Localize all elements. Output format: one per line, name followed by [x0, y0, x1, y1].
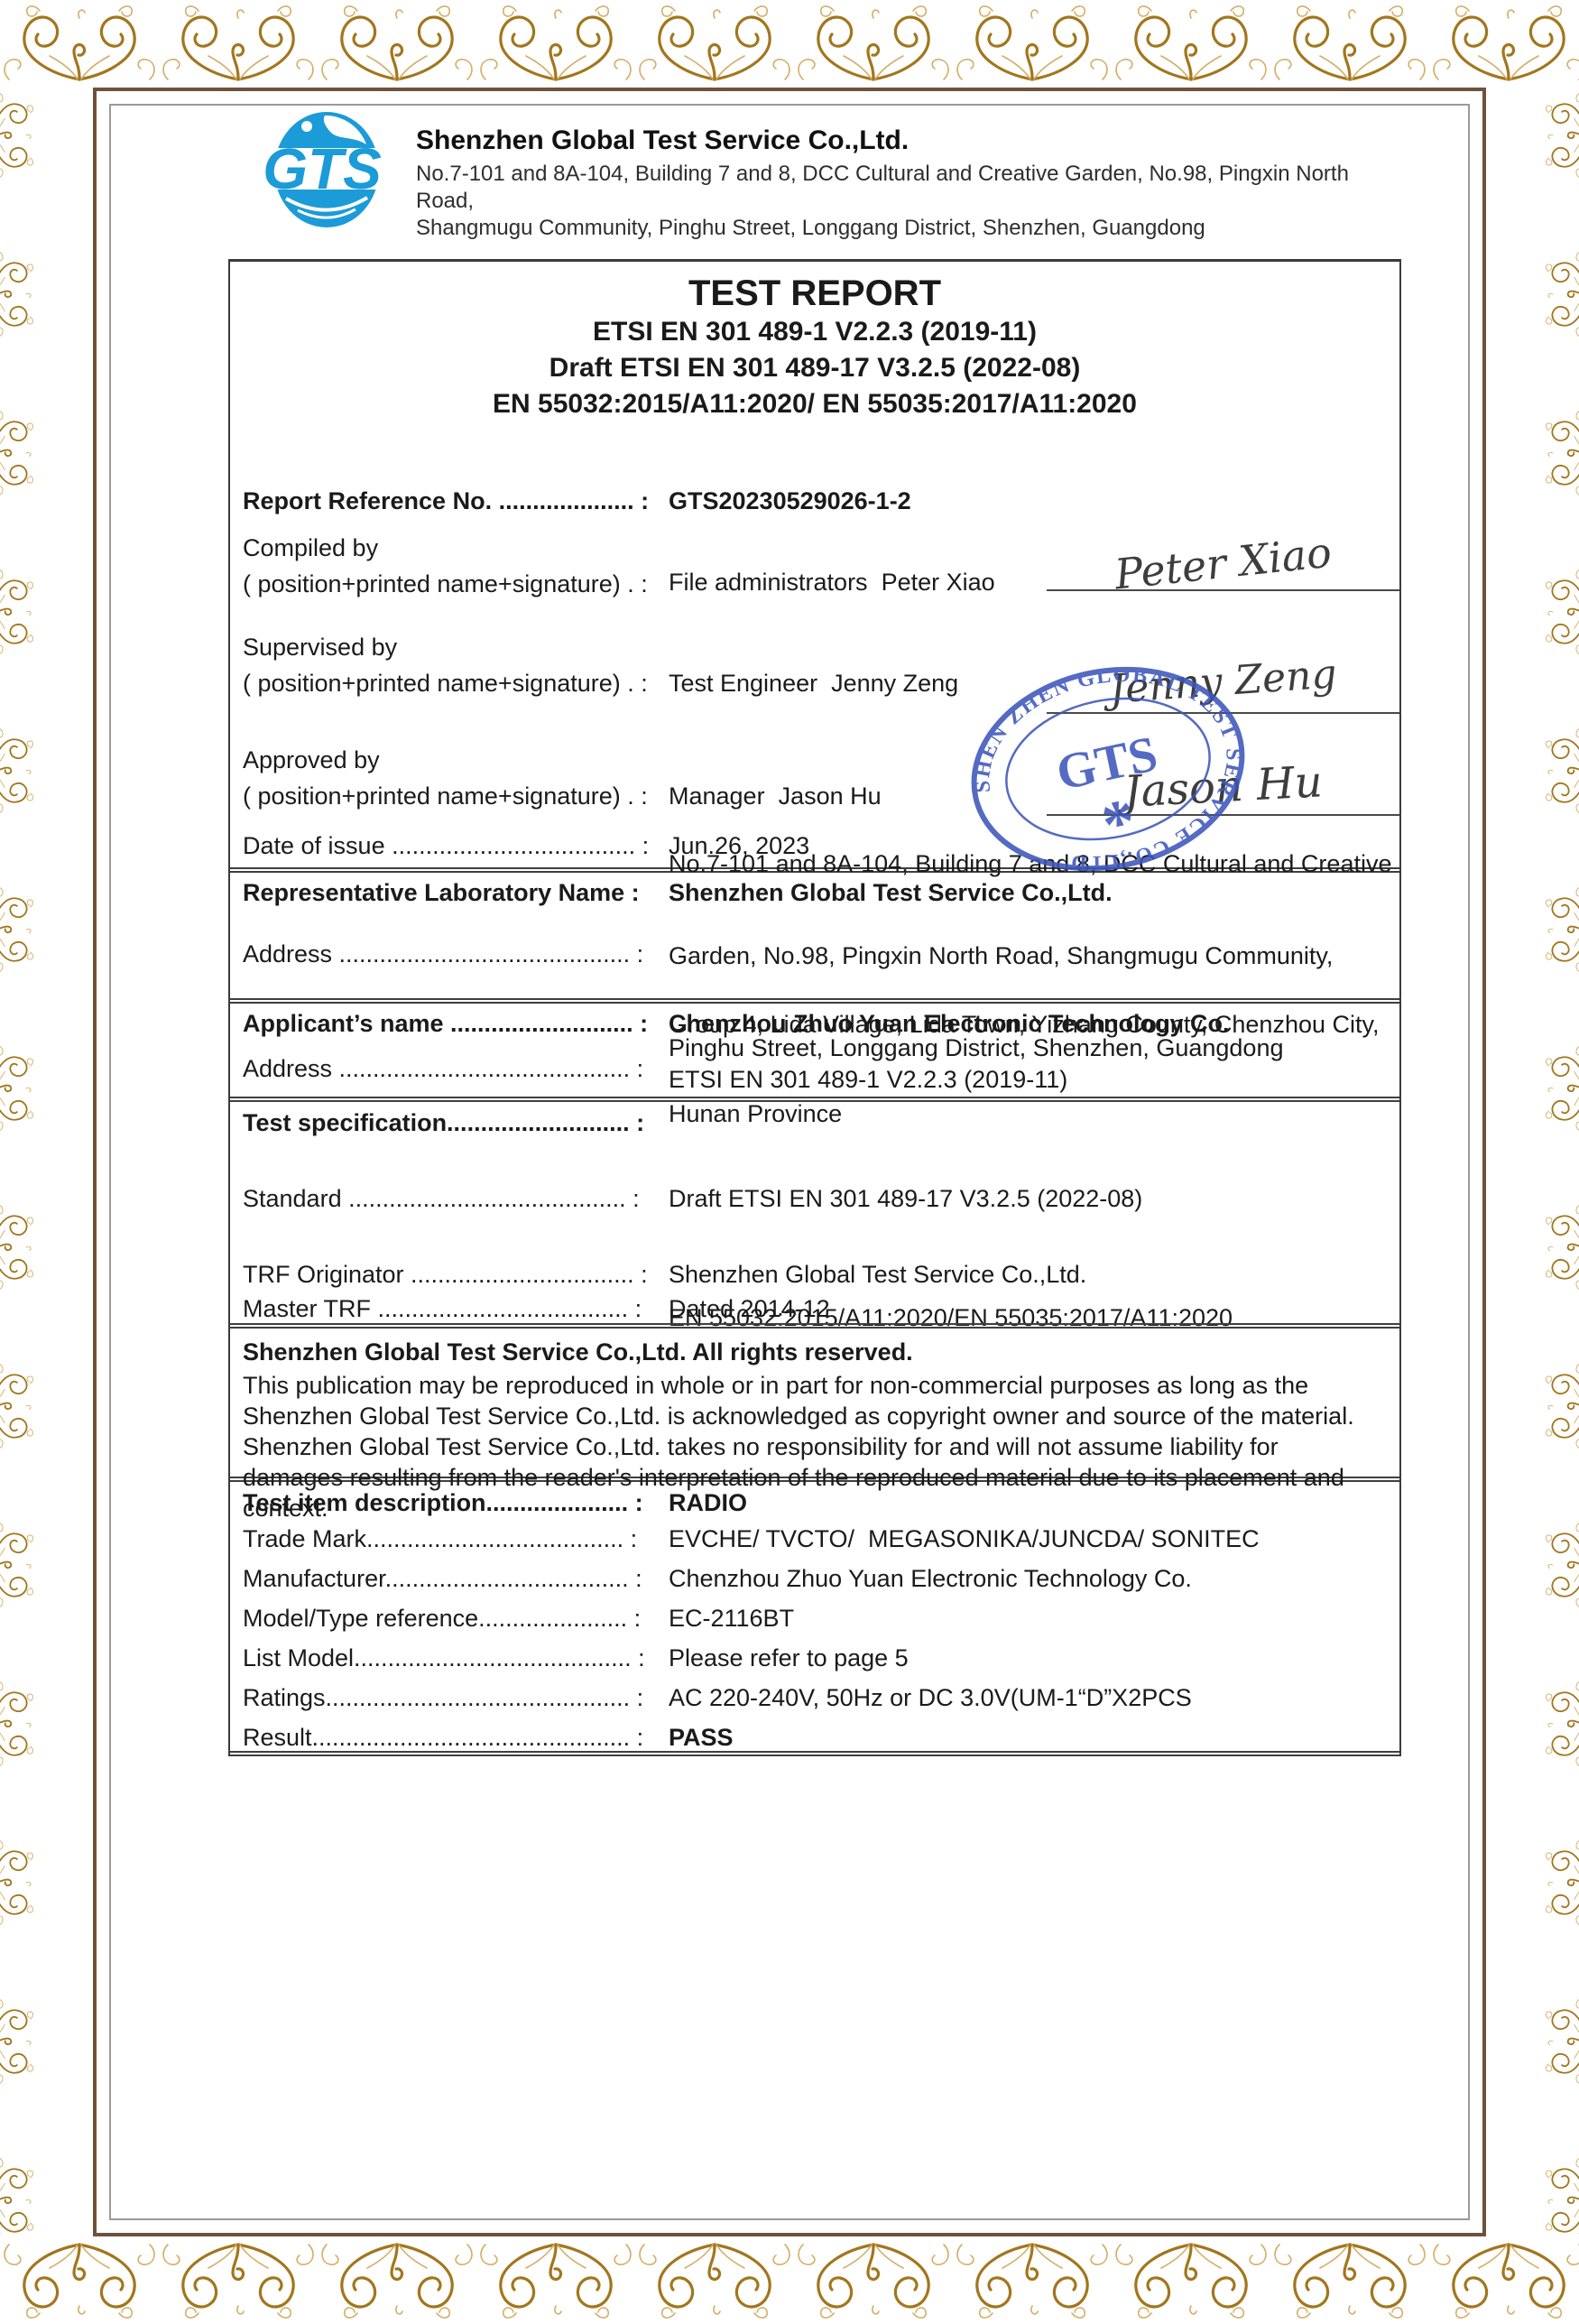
- title-standard-3: EN 55032:2015/A11:2020/ EN 55035:2017/A1…: [230, 386, 1399, 422]
- flourish-icon: [1112, 2234, 1270, 2324]
- company-header: Shenzhen Global Test Service Co.,Ltd. No…: [416, 125, 1372, 242]
- flourish-icon: [1489, 1838, 1579, 1996]
- flourish-icon: [1489, 1679, 1579, 1838]
- lab-address-label: Address ................................…: [230, 940, 660, 968]
- flourish-icon: [0, 1520, 90, 1679]
- ornament-border-right: [1489, 90, 1579, 2234]
- row-supervised-by: Supervised by ( position+printed name+si…: [230, 618, 1399, 719]
- report-reference-label: Report Reference No. ...................…: [230, 487, 660, 523]
- flourish-icon: [1489, 408, 1579, 567]
- flourish-icon: [476, 2234, 635, 2324]
- flourish-icon: [318, 0, 476, 90]
- compiled-by-label: Compiled by: [243, 532, 660, 563]
- trf-originator-value: Shenzhen Global Test Service Co.,Ltd.: [660, 1261, 1399, 1292]
- flourish-icon: [1489, 1520, 1579, 1679]
- row-list-model: List Model..............................…: [230, 1637, 1399, 1677]
- flourish-icon: [318, 2234, 476, 2324]
- compiled-signature-line: Peter Xiao: [1047, 524, 1399, 591]
- ratings-value: AC 220-240V, 50Hz or DC 3.0V(UM-1“D”X2PC…: [660, 1684, 1399, 1717]
- company-address-line1: No.7-101 and 8A-104, Building 7 and 8, D…: [416, 161, 1372, 215]
- flourish-icon: [1489, 249, 1579, 408]
- row-trf-originator: TRF Originator .........................…: [230, 1258, 1399, 1292]
- flourish-icon: [1112, 0, 1270, 90]
- flourish-icon: [953, 0, 1112, 90]
- test-specification-label: Test specification......................…: [230, 1109, 660, 1139]
- list-model-value: Please refer to page 5: [660, 1644, 1399, 1677]
- row-standard: Standard ...............................…: [230, 1139, 1399, 1258]
- master-trf-value: Dated 2014-12: [660, 1295, 1399, 1323]
- row-manufacturer: Manufacturer............................…: [230, 1558, 1399, 1597]
- flourish-icon: [1489, 1202, 1579, 1361]
- flourish-icon: [0, 2234, 159, 2324]
- standard-line1: ETSI EN 301 489-1 V2.2.3 (2019-11): [669, 1060, 1399, 1099]
- compiled-by-sublabel: ( position+printed name+signature) . :: [243, 569, 660, 599]
- flourish-icon: [0, 90, 90, 249]
- flourish-icon: [1429, 0, 1579, 90]
- gts-logo-icon: GTS: [236, 106, 408, 233]
- copyright-heading: Shenzhen Global Test Service Co.,Ltd. Al…: [243, 1336, 1383, 1368]
- flourish-icon: [1489, 2155, 1579, 2234]
- row-trade-mark: Trade Mark..............................…: [230, 1518, 1399, 1558]
- title-block: TEST REPORT ETSI EN 301 489-1 V2.2.3 (20…: [230, 262, 1399, 478]
- flourish-icon: [0, 1838, 90, 1996]
- list-model-label: List Model..............................…: [230, 1644, 660, 1677]
- lab-address-line1: No.7-101 and 8A-104, Building 7 and 8, D…: [669, 848, 1399, 879]
- applicant-address-label: Address ................................…: [230, 1055, 660, 1083]
- model-type-value: EC-2116BT: [660, 1605, 1399, 1637]
- result-value: PASS: [660, 1724, 1399, 1751]
- flourish-icon: [635, 2234, 794, 2324]
- flourish-icon: [794, 0, 953, 90]
- approved-by-label: Approved by: [243, 745, 660, 775]
- supervised-by-sublabel: ( position+printed name+signature) . :: [243, 668, 660, 699]
- flourish-icon: [953, 2234, 1112, 2324]
- flourish-icon: [1489, 1043, 1579, 1202]
- flourish-icon: [0, 1679, 90, 1838]
- trade-mark-label: Trade Mark..............................…: [230, 1525, 660, 1558]
- flourish-icon: [0, 726, 90, 884]
- ornament-border-left: [0, 90, 90, 2234]
- flourish-icon: [1489, 567, 1579, 726]
- row-result: Result..................................…: [230, 1717, 1399, 1756]
- flourish-icon: [0, 1996, 90, 2155]
- row-ratings: Ratings.................................…: [230, 1677, 1399, 1717]
- row-model-type: Model/Type reference....................…: [230, 1597, 1399, 1637]
- applicant-name-label: Applicant’s name .......................…: [230, 1010, 660, 1042]
- supervised-signature: Jenny Zeng: [1046, 646, 1401, 717]
- standard-line2: Draft ETSI EN 301 489-17 V3.2.5 (2022-08…: [669, 1179, 1399, 1218]
- company-address-line2: Shangmugu Community, Pinghu Street, Long…: [416, 215, 1372, 242]
- manufacturer-value: Chenzhou Zhuo Yuan Electronic Technology…: [660, 1565, 1399, 1597]
- row-copyright: Shenzhen Global Test Service Co.,Ltd. Al…: [230, 1329, 1399, 1482]
- flourish-icon: [0, 249, 90, 408]
- flourish-icon: [1429, 2234, 1579, 2324]
- date-of-issue-label: Date of issue ..........................…: [230, 832, 660, 867]
- flourish-icon: [1489, 884, 1579, 1043]
- trf-originator-label: TRF Originator .........................…: [230, 1261, 660, 1292]
- flourish-icon: [476, 0, 635, 90]
- supervised-signature-line: Jenny Zeng: [1047, 629, 1399, 714]
- flourish-icon: [0, 408, 90, 567]
- flourish-icon: [794, 2234, 953, 2324]
- master-trf-label: Master TRF .............................…: [230, 1295, 660, 1323]
- flourish-icon: [0, 567, 90, 726]
- flourish-icon: [0, 1043, 90, 1202]
- row-master-trf: Master TRF .............................…: [230, 1292, 1399, 1329]
- flourish-icon: [0, 884, 90, 1043]
- company-name: Shenzhen Global Test Service Co.,Ltd.: [416, 125, 1372, 157]
- gts-logo-text: GTS: [263, 136, 382, 201]
- ornament-border-bottom: [0, 2234, 1579, 2324]
- title-standard-2: Draft ETSI EN 301 489-17 V3.2.5 (2022-08…: [230, 350, 1399, 386]
- ratings-label: Ratings.................................…: [230, 1684, 660, 1717]
- ornament-border-top: [0, 0, 1579, 90]
- flourish-icon: [1270, 2234, 1429, 2324]
- certificate-page: GTS Shenzhen Global Test Service Co.,Ltd…: [0, 0, 1579, 2324]
- row-item-description: Test item description...................…: [230, 1482, 1399, 1518]
- flourish-icon: [635, 0, 794, 90]
- flourish-icon: [1489, 90, 1579, 249]
- flourish-icon: [159, 2234, 318, 2324]
- flourish-icon: [0, 1361, 90, 1520]
- flourish-icon: [1270, 0, 1429, 90]
- flourish-icon: [0, 1202, 90, 1361]
- flourish-icon: [1489, 726, 1579, 884]
- title-standard-1: ETSI EN 301 489-1 V2.2.3 (2019-11): [230, 314, 1399, 350]
- report-title: TEST REPORT: [230, 262, 1399, 314]
- flourish-icon: [1489, 1361, 1579, 1520]
- approved-by-sublabel: ( position+printed name+signature) . :: [243, 781, 660, 811]
- item-description-label: Test item description...................…: [230, 1489, 660, 1518]
- standard-label: Standard ...............................…: [230, 1185, 660, 1213]
- model-type-label: Model/Type reference....................…: [230, 1605, 660, 1637]
- lab-name-label: Representative Laboratory Name :: [230, 879, 660, 911]
- flourish-icon: [1489, 1996, 1579, 2155]
- flourish-icon: [0, 0, 159, 90]
- report-reference-value: GTS20230529026-1-2: [660, 487, 1399, 523]
- manufacturer-label: Manufacturer............................…: [230, 1565, 660, 1597]
- trade-mark-value: EVCHE/ TVCTO/ MEGASONIKA/JUNCDA/ SONITEC: [660, 1525, 1399, 1558]
- row-compiled-by: Compiled by ( position+printed name+sign…: [230, 523, 1399, 618]
- result-label: Result..................................…: [230, 1724, 660, 1751]
- supervised-by-label: Supervised by: [243, 632, 660, 662]
- report-table: TEST REPORT ETSI EN 301 489-1 V2.2.3 (20…: [228, 259, 1401, 1756]
- flourish-icon: [159, 0, 318, 90]
- row-report-reference: Report Reference No. ...................…: [230, 478, 1399, 523]
- flourish-icon: [0, 2155, 90, 2234]
- item-description-value: RADIO: [660, 1489, 1399, 1518]
